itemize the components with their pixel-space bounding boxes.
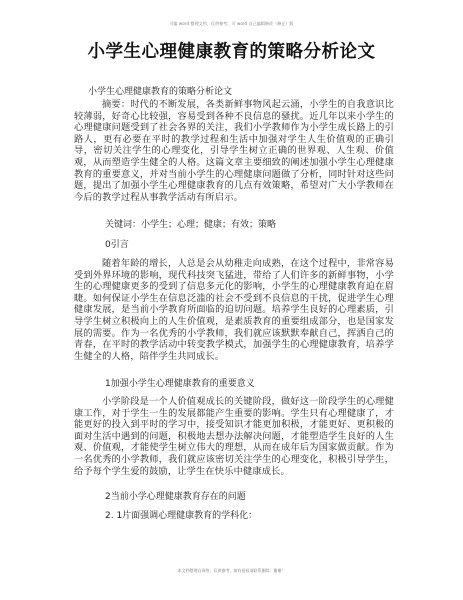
intro-section: 随着年龄的增长，人总是会从幼稚走向成熟，在这个过程中，非常容易受到外界环境的影响… — [74, 258, 394, 362]
section-heading-intro: 0引言 — [105, 237, 129, 250]
header-note: 可编 word 整理文档，仅供参考，可 word 自己编辑修改（修正）版 — [0, 21, 463, 27]
document-title: 小学生心理健康教育的策略分析论文 — [0, 38, 463, 63]
footer-note: 本文档整理自网络，仅供参考，如有侵权请联系删除，谢谢！ — [0, 568, 463, 574]
abstract-paragraph: 摘要：时代的不断发展，各类新鲜事物风起云涌，小学生的自我意识比较薄弱，好奇心比较… — [74, 99, 394, 203]
section-1-body: 小学阶段是一个人价值观成长的关键阶段，做好这一阶段学生的心理健康工作，对于学生一… — [74, 396, 394, 477]
intro-paragraph: 随着年龄的增长，人总是会从幼稚走向成熟，在这个过程中，非常容易受到外界环境的影响… — [74, 258, 394, 362]
abstract-section: 摘要：时代的不断发展，各类新鲜事物风起云涌，小学生的自我意识比较薄弱，好奇心比较… — [74, 99, 394, 203]
section-heading-2: 2当前小学心理健康教育存在的问题 — [105, 489, 246, 502]
subtitle: 小学生心理健康教育的策略分析论文 — [88, 84, 232, 97]
document-page: 可编 word 整理文档，仅供参考，可 word 自己编辑修改（修正）版 小学生… — [0, 0, 463, 600]
section-1-paragraph: 小学阶段是一个人价值观成长的关键阶段，做好这一阶段学生的心理健康工作，对于学生一… — [74, 396, 394, 477]
keywords-line: 关键词：小学生；心理；健康；有效；策略 — [105, 217, 276, 230]
section-heading-1: 1加强小学生心理健康教育的重要意义 — [105, 376, 255, 389]
section-heading-2-1: 2. 1片面强调心理健康教育的学科化： — [105, 508, 257, 521]
